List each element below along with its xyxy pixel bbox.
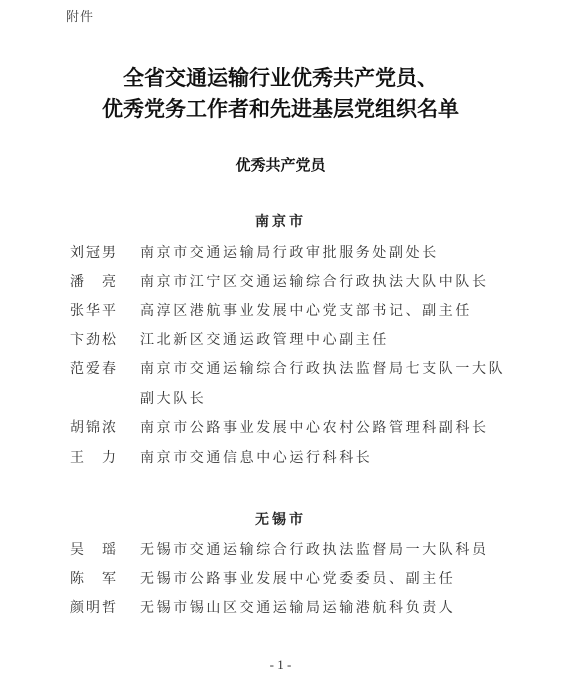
member-position: 南京市交通运输局行政审批服务处副处长: [140, 243, 439, 263]
member-position: 南京市交通运输综合行政执法监督局七支队一大队: [140, 359, 505, 379]
city-heading-wuxi: 无锡市: [0, 509, 561, 529]
list-item: 张华平高淳区港航事业发展中心党支部书记、副主任: [70, 301, 472, 321]
member-position: 南京市江宁区交通运输综合行政执法大队中队长: [140, 272, 489, 292]
list-item: 胡锦浓南京市公路事业发展中心农村公路管理科副科长: [70, 418, 489, 438]
page-number: - 1 -: [0, 657, 561, 673]
member-position: 高淳区港航事业发展中心党支部书记、副主任: [140, 301, 472, 321]
list-item: 卞劲松江北新区交通运政管理中心副主任: [70, 330, 389, 350]
member-name: 范爱春: [70, 359, 140, 379]
member-name: 卞劲松: [70, 330, 140, 350]
attachment-label: 附件: [66, 6, 94, 25]
member-name: 张华平: [70, 301, 140, 321]
list-item: 颜明哲无锡市锡山区交通运输局运输港航科负责人: [70, 598, 455, 618]
member-name: 胡锦浓: [70, 418, 140, 438]
section-title: 优秀共产党员: [0, 154, 561, 175]
list-item: 王 力南京市交通信息中心运行科科长: [70, 448, 372, 468]
member-position: 江北新区交通运政管理中心副主任: [140, 330, 389, 350]
document-title-line-2: 优秀党务工作者和先进基层党组织名单: [0, 93, 561, 123]
member-name: 王 力: [70, 448, 140, 468]
member-name: 颜明哲: [70, 598, 140, 618]
member-name: 刘冠男: [70, 243, 140, 263]
document-title-line-1: 全省交通运输行业优秀共产党员、: [0, 62, 561, 92]
member-name: 潘 亮: [70, 272, 140, 292]
list-item: 陈 军无锡市公路事业发展中心党委委员、副主任: [70, 569, 455, 589]
city-heading-nanjing: 南京市: [0, 211, 561, 231]
list-item: 范爱春南京市交通运输综合行政执法监督局七支队一大队: [70, 359, 505, 379]
member-name: 陈 军: [70, 569, 140, 589]
list-item: 吴 瑶无锡市交通运输综合行政执法监督局一大队科员: [70, 540, 489, 560]
member-position: 无锡市公路事业发展中心党委委员、副主任: [140, 569, 455, 589]
member-position: 南京市公路事业发展中心农村公路管理科副科长: [140, 418, 489, 438]
member-position: 南京市交通信息中心运行科科长: [140, 448, 372, 468]
member-position: 无锡市交通运输综合行政执法监督局一大队科员: [140, 540, 489, 560]
list-item: 刘冠男南京市交通运输局行政审批服务处副处长: [70, 243, 439, 263]
member-position: 无锡市锡山区交通运输局运输港航科负责人: [140, 598, 455, 618]
member-position-continuation: 副大队长: [140, 389, 206, 409]
list-item: 潘 亮南京市江宁区交通运输综合行政执法大队中队长: [70, 272, 489, 292]
member-name: 吴 瑶: [70, 540, 140, 560]
